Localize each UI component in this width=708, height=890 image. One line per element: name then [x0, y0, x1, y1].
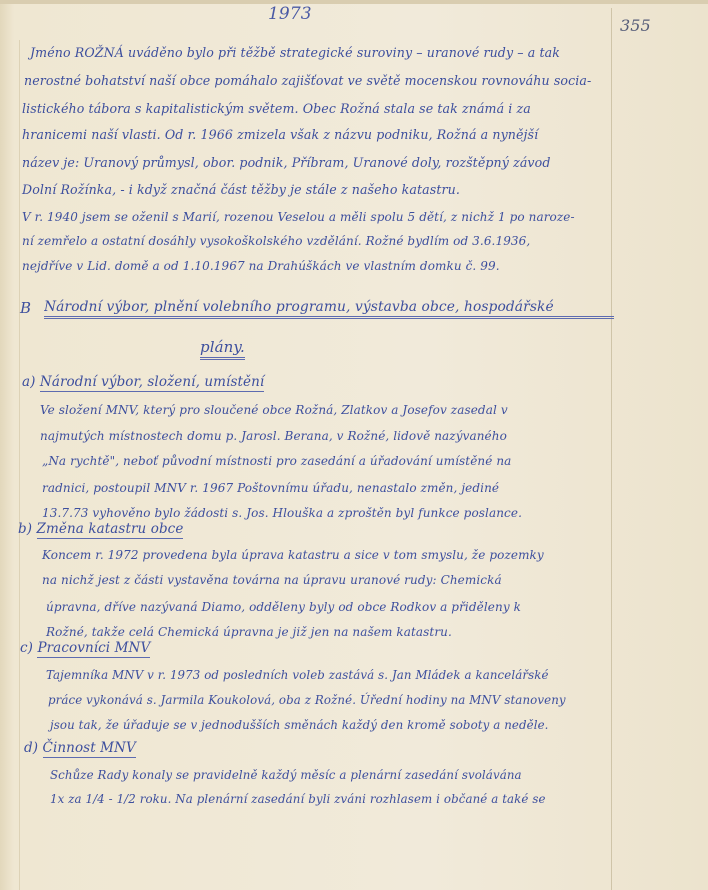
- year-heading: 1973: [268, 4, 312, 24]
- subsection-c-line: práce vykonává s. Jarmila Koukolová, oba…: [48, 693, 566, 707]
- subsection-d-title: Činnost MNV: [43, 740, 136, 758]
- intro-line: Dolní Rožínka, - i když značná část těžb…: [22, 182, 460, 197]
- subsection-d-line: Schůze Rady konaly se pravidelně každý m…: [50, 768, 522, 782]
- subsection-a-line: Ve složení MNV, který pro sloučené obce …: [40, 403, 508, 417]
- subsection-c-line: Tajemníka MNV v r. 1973 od posledních vo…: [46, 668, 549, 682]
- chronicle-page: 1973 355 Jméno ROŽNÁ uváděno bylo při tě…: [0, 0, 708, 890]
- bio-line: nejdříve v Lid. domě a od 1.10.1967 na D…: [22, 259, 500, 273]
- subsection-b-line: Rožné, takže celá Chemická úpravna je ji…: [46, 625, 452, 639]
- subsection-b-line: úpravna, dříve nazývaná Diamo, odděleny …: [46, 600, 521, 614]
- intro-line: nerostné bohatství naší obce pomáhalo za…: [24, 73, 591, 88]
- left-margin-rule: [19, 40, 20, 890]
- subsection-c-line: jsou tak, že úřaduje se v jednodušších s…: [50, 718, 549, 732]
- intro-line: Jméno ROŽNÁ uváděno bylo při těžbě strat…: [30, 45, 560, 60]
- subsection-b-title: Změna katastru obce: [37, 521, 184, 539]
- page-number: 355: [620, 16, 651, 35]
- subsection-d-line: 1x za 1/4 - 1/2 roku. Na plenární zasedá…: [50, 792, 546, 806]
- subsection-d-heading: d) Činnost MNV: [24, 740, 136, 756]
- subsection-a-heading: a) Národní výbor, složení, umístění: [22, 374, 264, 390]
- bio-line: ní zemřelo a ostatní dosáhly vysokoškols…: [22, 234, 530, 248]
- subsection-b-heading: b) Změna katastru obce: [18, 521, 183, 537]
- intro-line: název je: Uranový průmysl, obor. podnik,…: [22, 155, 551, 170]
- subsection-c-heading: c) Pracovníci MNV: [20, 640, 150, 656]
- subsection-a-line: 13.7.73 vyhověno bylo žádosti s. Jos. Hl…: [42, 506, 522, 520]
- subsection-a-line: „Na rychtě", neboť původní místnosti pro…: [42, 454, 511, 468]
- section-b-title-line1: Národní výbor, plnění volebního programu…: [44, 299, 614, 319]
- subsection-c-label: c): [20, 640, 33, 656]
- subsection-b-label: b): [18, 521, 32, 537]
- right-margin-rule: [611, 8, 612, 890]
- section-b-letter: B: [20, 299, 31, 317]
- subsection-a-line: najmutých místnostech domu p. Jarosl. Be…: [40, 429, 507, 443]
- subsection-a-label: a): [22, 374, 36, 390]
- subsection-a-title: Národní výbor, složení, umístění: [40, 374, 264, 392]
- subsection-a-line: radnici, postoupil MNV r. 1967 Poštovním…: [42, 481, 499, 495]
- subsection-c-title: Pracovníci MNV: [37, 640, 150, 658]
- bio-line: V r. 1940 jsem se oženil s Marií, rozeno…: [22, 210, 575, 224]
- intro-line: hranicemi naší vlasti. Od r. 1966 zmizel…: [22, 127, 538, 142]
- intro-line: listického tábora s kapitalistickým svět…: [22, 101, 531, 116]
- subsection-b-line: na nichž jest z části vystavěna továrna …: [42, 573, 502, 587]
- section-b-title-line2: plány.: [200, 338, 245, 360]
- subsection-b-line: Koncem r. 1972 provedena byla úprava kat…: [42, 548, 544, 562]
- subsection-d-label: d): [24, 740, 38, 756]
